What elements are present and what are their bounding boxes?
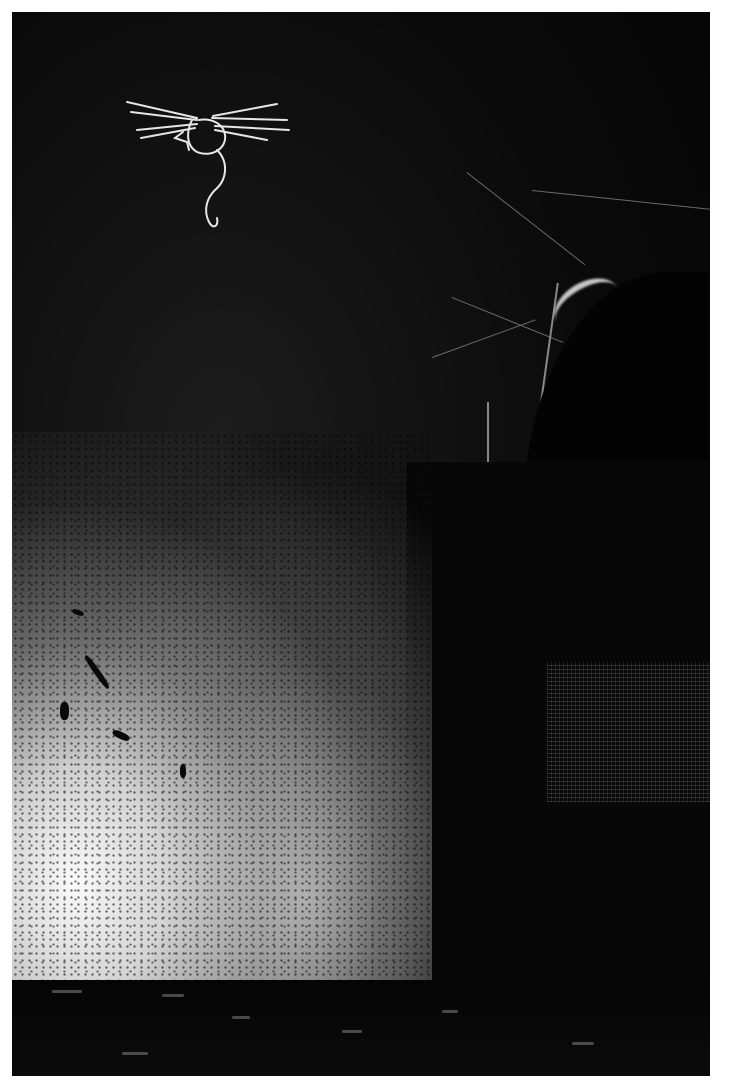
manga-panel: Dark night scene: a dragonfly-like flyin…: [12, 12, 710, 1076]
ripple: [162, 994, 184, 997]
debris: [60, 702, 69, 720]
debris: [180, 764, 186, 778]
explosion-grain: [12, 432, 432, 1012]
ripple: [442, 1010, 458, 1013]
flying-creature: [117, 90, 297, 240]
ripple: [342, 1030, 362, 1033]
ground: [12, 980, 710, 1076]
ripple: [122, 1052, 148, 1055]
ripple: [232, 1016, 250, 1019]
ripple: [52, 990, 82, 993]
ripple: [572, 1042, 594, 1045]
antenna-mast: [487, 402, 489, 462]
mesh-panel: [547, 662, 710, 802]
